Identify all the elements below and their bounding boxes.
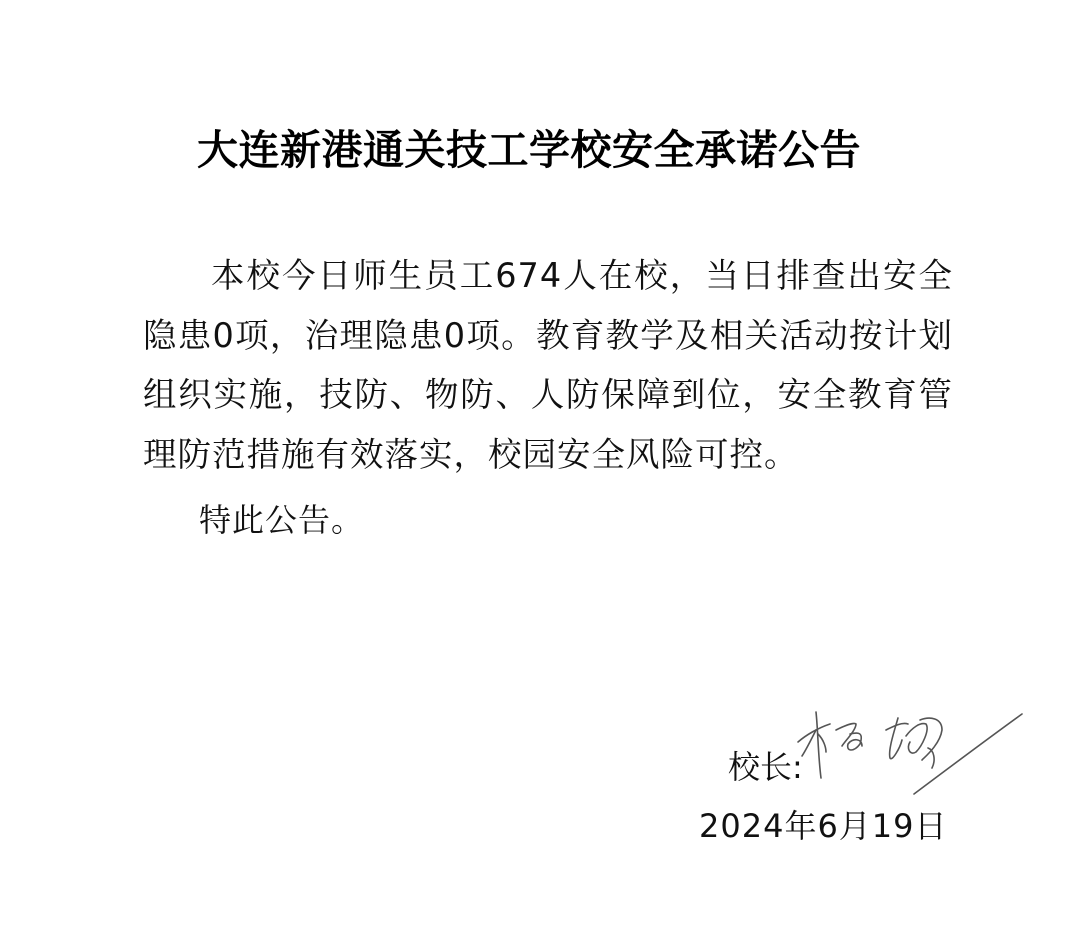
closing-statement: 特此公告。 bbox=[199, 494, 364, 546]
signature-icon bbox=[796, 700, 1026, 800]
page-title: 大连新港通关技工学校安全承诺公告 bbox=[0, 122, 1058, 178]
announcement-body: 本校今日师生员工674人在校，当日排查出安全隐患0项，治理隐患0项。教育教学及相… bbox=[143, 246, 953, 484]
announcement-date: 2024年6月19日 bbox=[699, 802, 948, 850]
principal-label: 校长: bbox=[728, 743, 803, 791]
